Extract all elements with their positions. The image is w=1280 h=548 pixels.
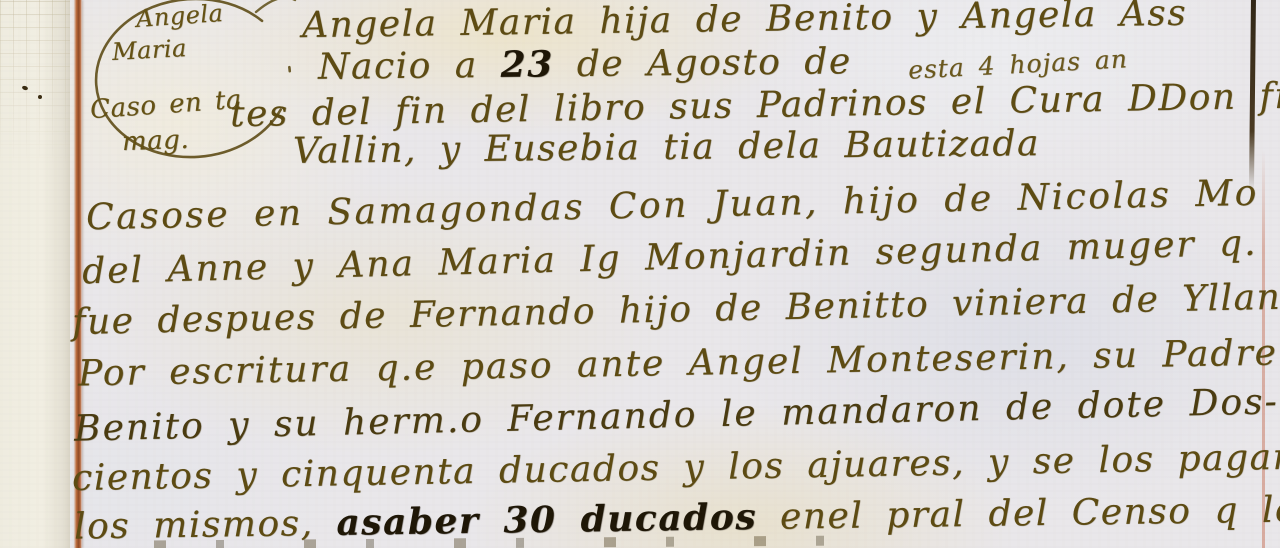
margin-note-name-second: Maria: [111, 36, 187, 64]
entry-line-9: Benito y su herm.o Fernando le mandaron …: [74, 384, 1279, 447]
ink-speck: [38, 95, 42, 99]
margin-note-married-2: mag.: [122, 127, 190, 155]
birth-text-end: de Agosto de: [554, 41, 852, 85]
adjacent-page-edge: [0, 0, 70, 548]
entry-line-2: Nacio a 23 de Agosto de: [318, 43, 852, 86]
entry-line-1: Angela Maria hija de Benito y Angela Ass: [302, 0, 1188, 44]
birth-text-start: Nacio a: [318, 45, 501, 88]
birth-day-number: 23: [500, 43, 554, 86]
entry-line-4: Vallin, y Eusebia tia dela Bautizada: [293, 126, 1040, 170]
payment-text-end: enel pral del Censo q le: [757, 489, 1280, 538]
entry-line-8: Por escritura q.e paso ante Angel Montes…: [78, 336, 1278, 393]
margin-note-name-first: Angela: [135, 1, 224, 31]
margin-ref-hojas: esta 4 hojas an: [907, 46, 1128, 82]
entry-line-10: cientos y cinquenta ducados y los ajuare…: [72, 439, 1280, 497]
manuscript-page: Angela Maria Caso en ta mag. Angela Mari…: [0, 0, 1280, 548]
entry-line-7: fue despues de Fernando hijo de Benitto …: [72, 279, 1280, 341]
